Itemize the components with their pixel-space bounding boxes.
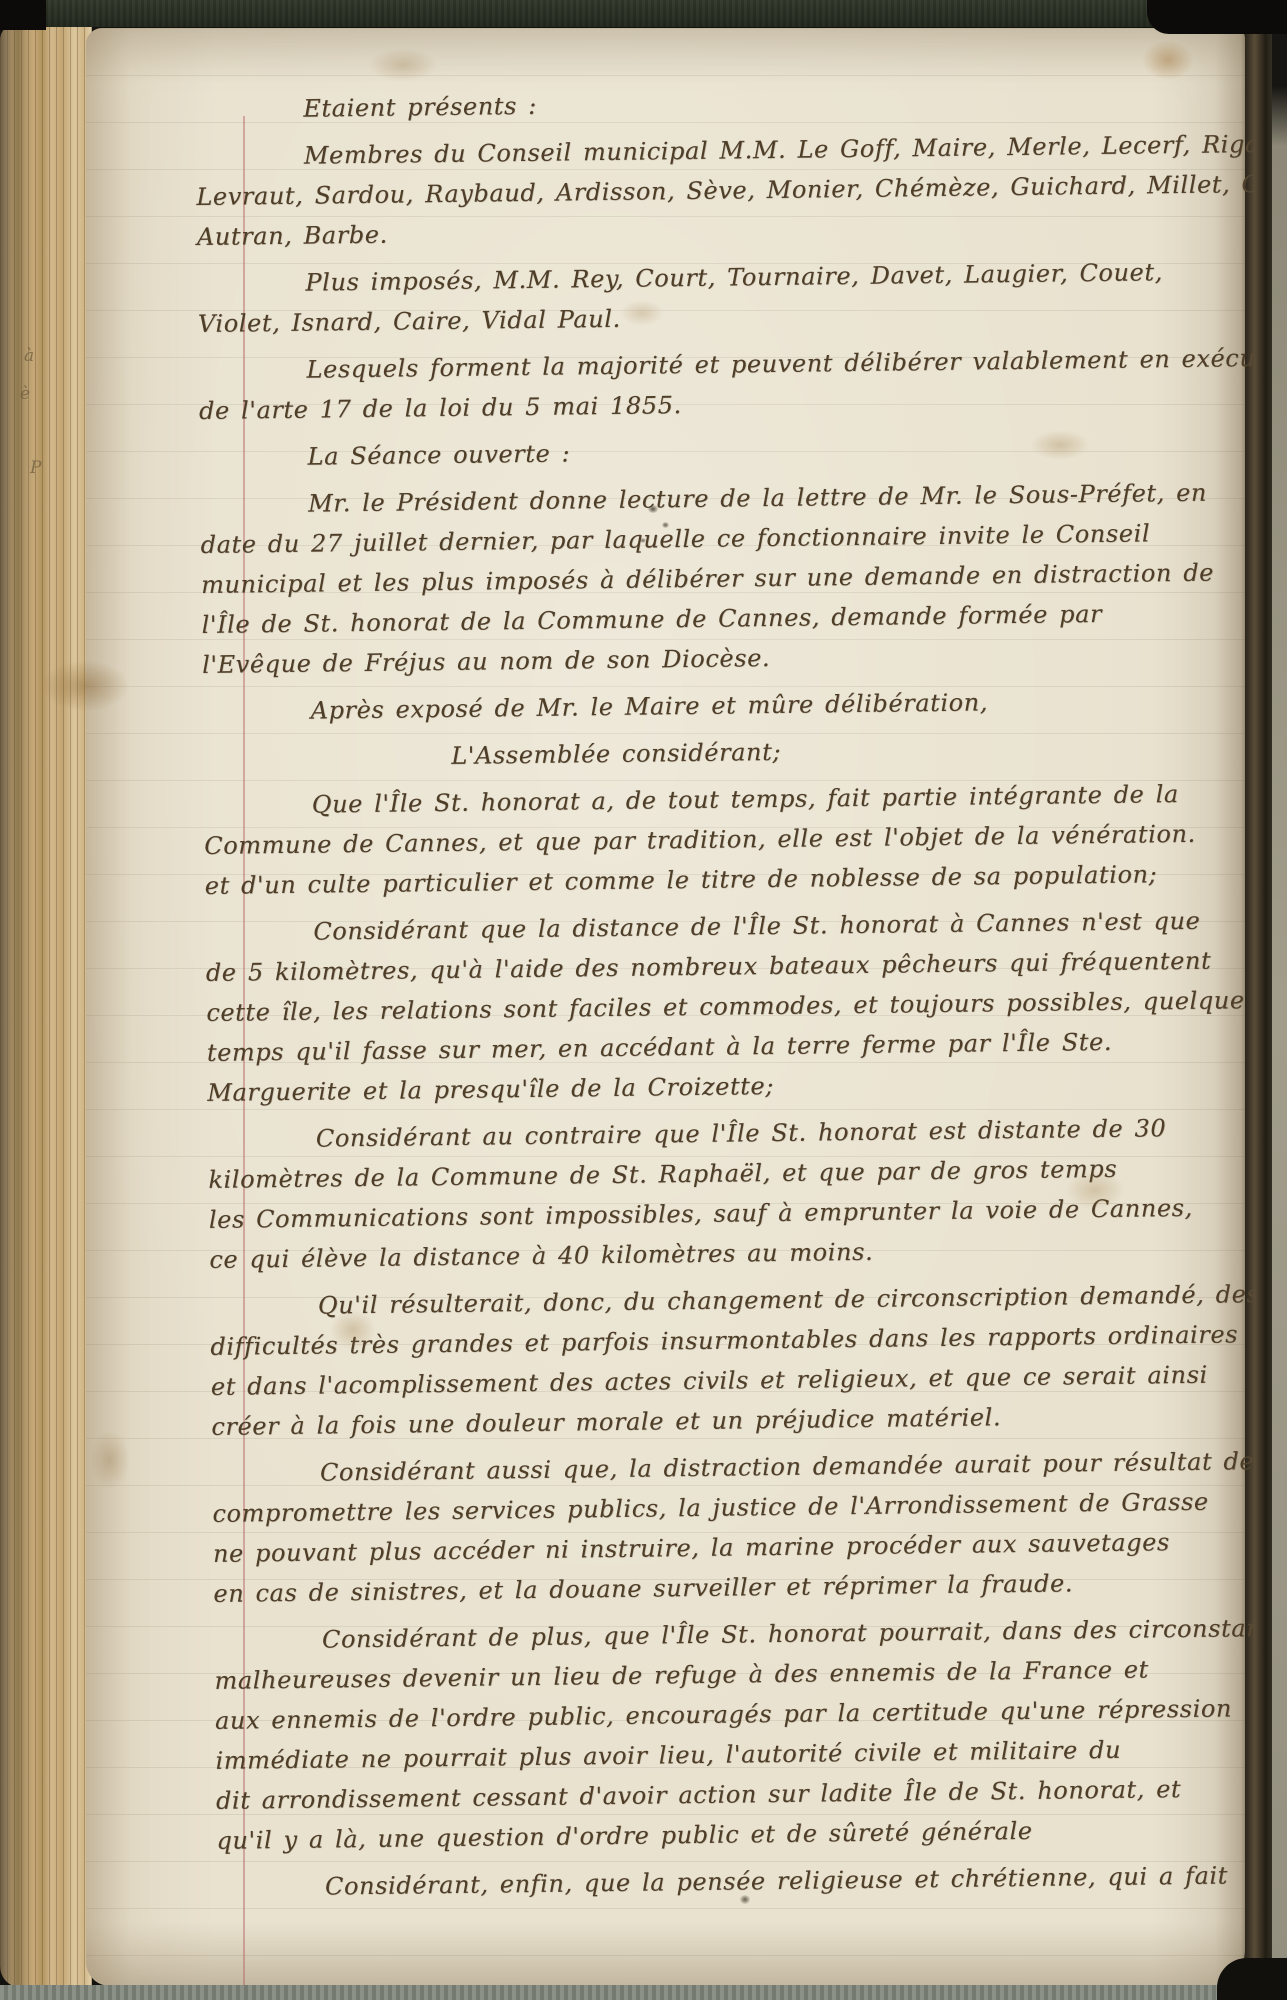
book-scan: Etaient présents :Membres du Conseil mun… (0, 0, 1287, 2000)
photo-corner-top-right (1147, 0, 1287, 34)
margin-mark: P (30, 458, 41, 478)
manuscript-text: Etaient présents :Membres du Conseil mun… (195, 70, 1277, 1908)
manuscript-page: Etaient présents :Membres du Conseil mun… (86, 28, 1245, 1986)
book-gutter-shadow (1241, 26, 1275, 1986)
binding-cloth-bottom (0, 1985, 1287, 2000)
text-line: Après exposé de Mr. le Maire et mûre dél… (202, 679, 1262, 732)
margin-mark: à (24, 346, 34, 366)
text-line: Considérant, enfin, que la pensée religi… (217, 1855, 1277, 1908)
text-line: Etaient présents : (195, 77, 1255, 130)
binding-cloth-top (0, 0, 1287, 27)
page-edge-stack (0, 24, 92, 1988)
text-line: L'Assemblée considérant; (203, 726, 1263, 779)
margin-mark: è (20, 384, 30, 404)
photo-corner-top-left (0, 0, 46, 30)
facing-page-sliver (1272, 26, 1287, 1986)
text-line: La Séance ouverte : (199, 425, 1259, 478)
photo-corner-bottom-right (1217, 1958, 1287, 2000)
